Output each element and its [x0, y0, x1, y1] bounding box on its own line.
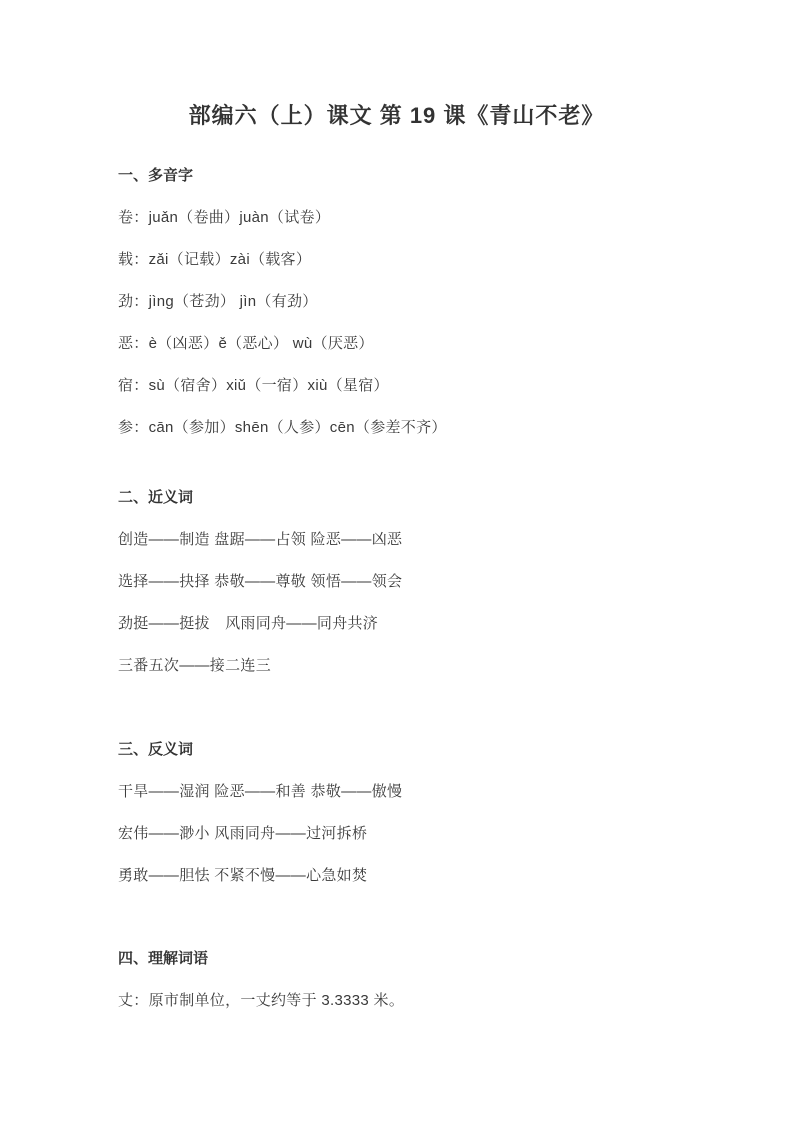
synonym-line: 创造——制造 盘踞——占领 险恶——凶恶 — [118, 531, 675, 549]
antonym-line: 宏伟——渺小 风雨同舟——过河拆桥 — [118, 825, 675, 843]
section-antonyms: 三、反义词 干旱——湿润 险恶——和善 恭敬——傲慢 宏伟——渺小 风雨同舟——… — [118, 741, 675, 885]
document-page: 部编六（上）课文 第 19 课《青山不老》 一、多音字 卷：juǎn（卷曲）ju… — [0, 0, 793, 1122]
antonym-line: 勇敢——胆怯 不紧不慢——心急如焚 — [118, 867, 675, 885]
section-word-meanings: 四、理解词语 丈：原市制单位，一丈约等于 3.3333 米。 — [118, 950, 675, 1010]
synonym-line: 选择——抉择 恭敬——尊敬 领悟——领会 — [118, 573, 675, 591]
section-antonyms-heading: 三、反义词 — [118, 741, 675, 759]
document-title: 部编六（上）课文 第 19 课《青山不老》 — [118, 100, 675, 132]
antonym-line: 干旱——湿润 险恶——和善 恭敬——傲慢 — [118, 783, 675, 801]
section-synonyms-heading: 二、近义词 — [118, 489, 675, 507]
polyphone-line: 宿：sù（宿舍）xiǔ（一宿）xiù（星宿） — [118, 377, 675, 395]
synonym-line: 三番五次——接二连三 — [118, 657, 675, 675]
polyphone-line: 恶：è（凶恶）ě（恶心） wù（厌恶） — [118, 335, 675, 353]
section-polyphones-heading: 一、多音字 — [118, 167, 675, 185]
polyphone-line: 载：zǎi（记载）zài（载客） — [118, 251, 675, 269]
polyphone-line: 参：cān（参加）shēn（人参）cēn（参差不齐） — [118, 419, 675, 437]
synonym-line: 劲挺——挺拔 风雨同舟——同舟共济 — [118, 615, 675, 633]
polyphone-line: 卷：juǎn（卷曲）juàn（试卷） — [118, 209, 675, 227]
polyphone-line: 劲：jìng（苍劲） jìn（有劲） — [118, 293, 675, 311]
document-content: 部编六（上）课文 第 19 课《青山不老》 一、多音字 卷：juǎn（卷曲）ju… — [0, 0, 793, 1010]
word-meaning-line: 丈：原市制单位，一丈约等于 3.3333 米。 — [118, 992, 675, 1010]
section-word-meanings-heading: 四、理解词语 — [118, 950, 675, 968]
section-synonyms: 二、近义词 创造——制造 盘踞——占领 险恶——凶恶 选择——抉择 恭敬——尊敬… — [118, 489, 675, 675]
section-polyphones: 一、多音字 卷：juǎn（卷曲）juàn（试卷） 载：zǎi（记载）zài（载客… — [118, 167, 675, 437]
